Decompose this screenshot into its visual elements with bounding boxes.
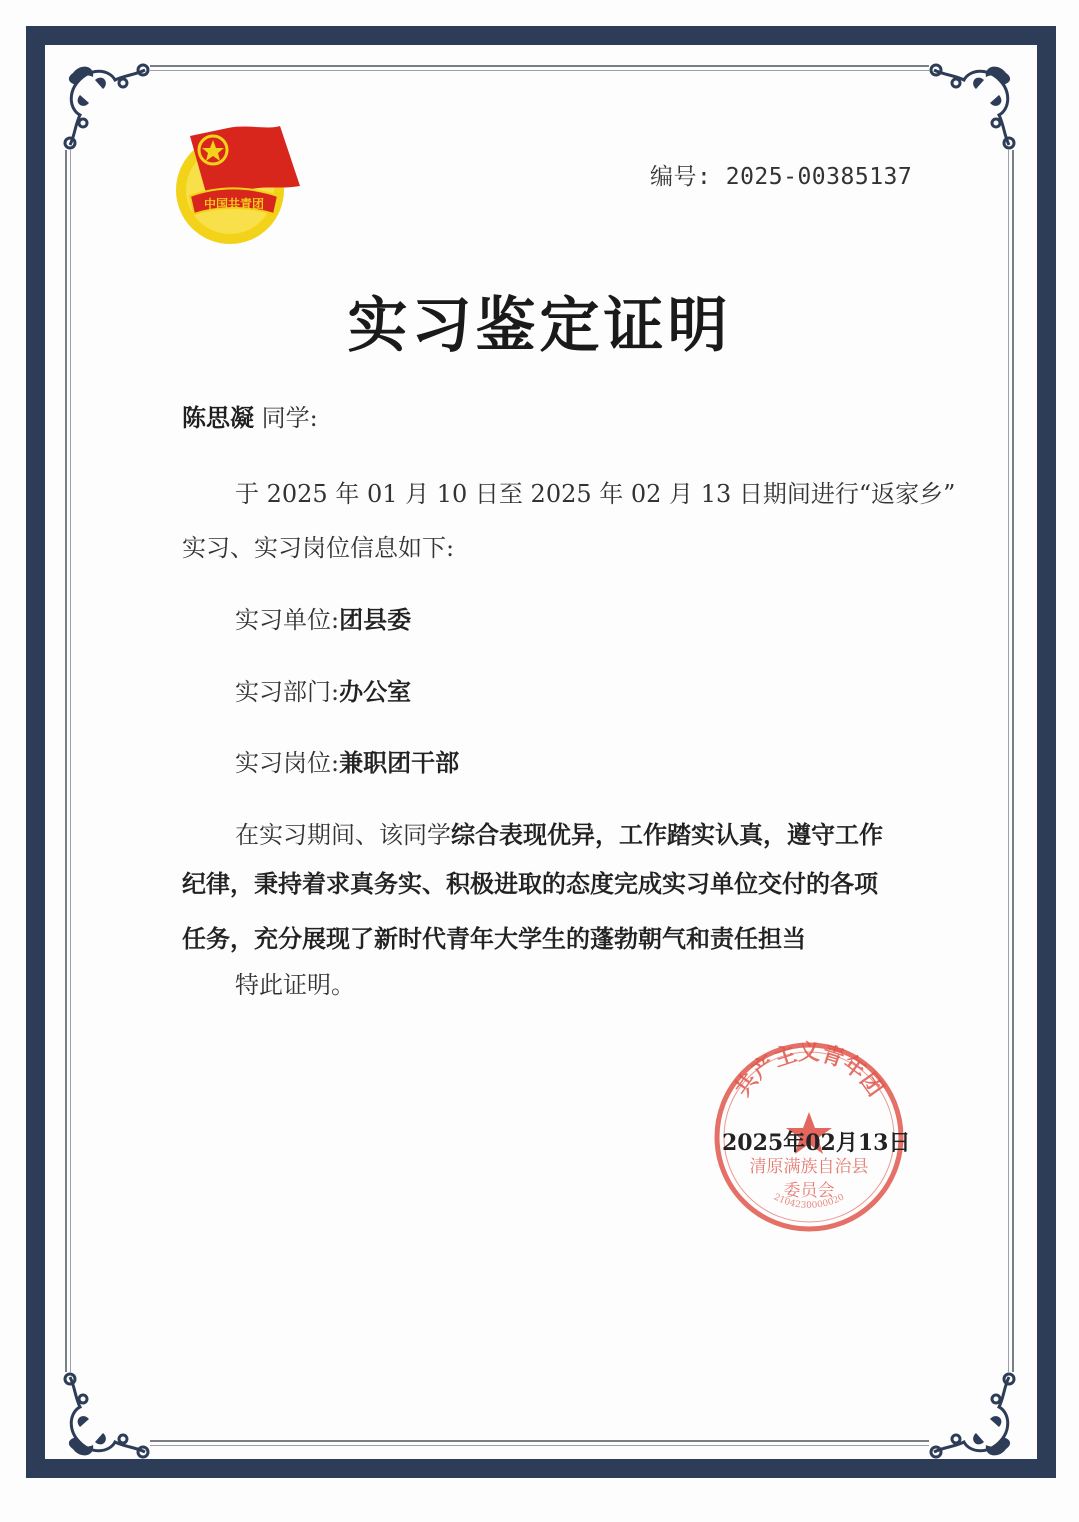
recipient-salutation: 同学: [262, 404, 318, 432]
field-value: 团县委 [339, 605, 411, 634]
field-value: 办公室 [339, 677, 411, 706]
field-position: 实习岗位:兼职团干部 [235, 743, 459, 778]
intro-line-1: 于 2025 年 01 月 10 日至 2025 年 02 月 13 日期间进行… [235, 474, 955, 509]
serial-value: 2025-00385137 [726, 164, 913, 190]
intro-line-2: 实习、实习岗位信息如下: [182, 528, 454, 563]
closing-statement: 特此证明。 [235, 965, 355, 1000]
border-rule-bottom-inner [150, 1445, 929, 1446]
border-rule-bottom [150, 1440, 929, 1442]
field-label: 实习单位: [235, 606, 339, 634]
svg-text:中国共青团: 中国共青团 [204, 196, 264, 211]
svg-text:清原满族自治县: 清原满族自治县 [750, 1157, 869, 1177]
recipient-name: 陈思凝 [182, 403, 254, 432]
corner-ornament-icon [924, 1367, 1024, 1467]
evaluation-line-1: 在实习期间、该同学综合表现优异，工作踏实认真，遵守工作 [235, 815, 883, 850]
svg-text:共产主义青年团: 共产主义青年团 [730, 1040, 889, 1101]
field-value: 兼职团干部 [339, 748, 459, 777]
document-title: 实习鉴定证明 [0, 278, 1079, 364]
serial-number: 编号: 2025-00385137 [650, 158, 912, 191]
recipient-greeting: 陈思凝 同学: [182, 398, 318, 433]
corner-ornament-icon [55, 55, 155, 155]
corner-ornament-icon [924, 55, 1024, 155]
evaluation-line-2: 纪律，秉持着求真务实、积极进取的态度完成实习单位交付的各项 [182, 864, 878, 899]
field-label: 实习部门: [235, 678, 339, 706]
evaluation-bold: 综合表现优异，工作踏实认真，遵守工作 [451, 820, 883, 849]
svg-text:委员会: 委员会 [784, 1181, 835, 1201]
evaluation-line-3: 任务，充分展现了新时代青年大学生的蓬勃朝气和责任担当 [182, 919, 806, 954]
youth-league-emblem-icon: 中国共青团 [168, 118, 308, 248]
corner-ornament-icon [55, 1367, 155, 1467]
field-department: 实习部门:办公室 [235, 672, 411, 707]
sign-date: 2025年02月13日 [722, 1126, 910, 1157]
evaluation-prefix: 在实习期间、该同学 [235, 821, 451, 849]
serial-label: 编号: [650, 164, 711, 190]
field-unit: 实习单位:团县委 [235, 600, 411, 635]
field-label: 实习岗位: [235, 749, 339, 777]
border-rule-top-inner [150, 70, 929, 71]
border-rule-top [150, 65, 929, 67]
certificate-paper [45, 45, 1037, 1459]
